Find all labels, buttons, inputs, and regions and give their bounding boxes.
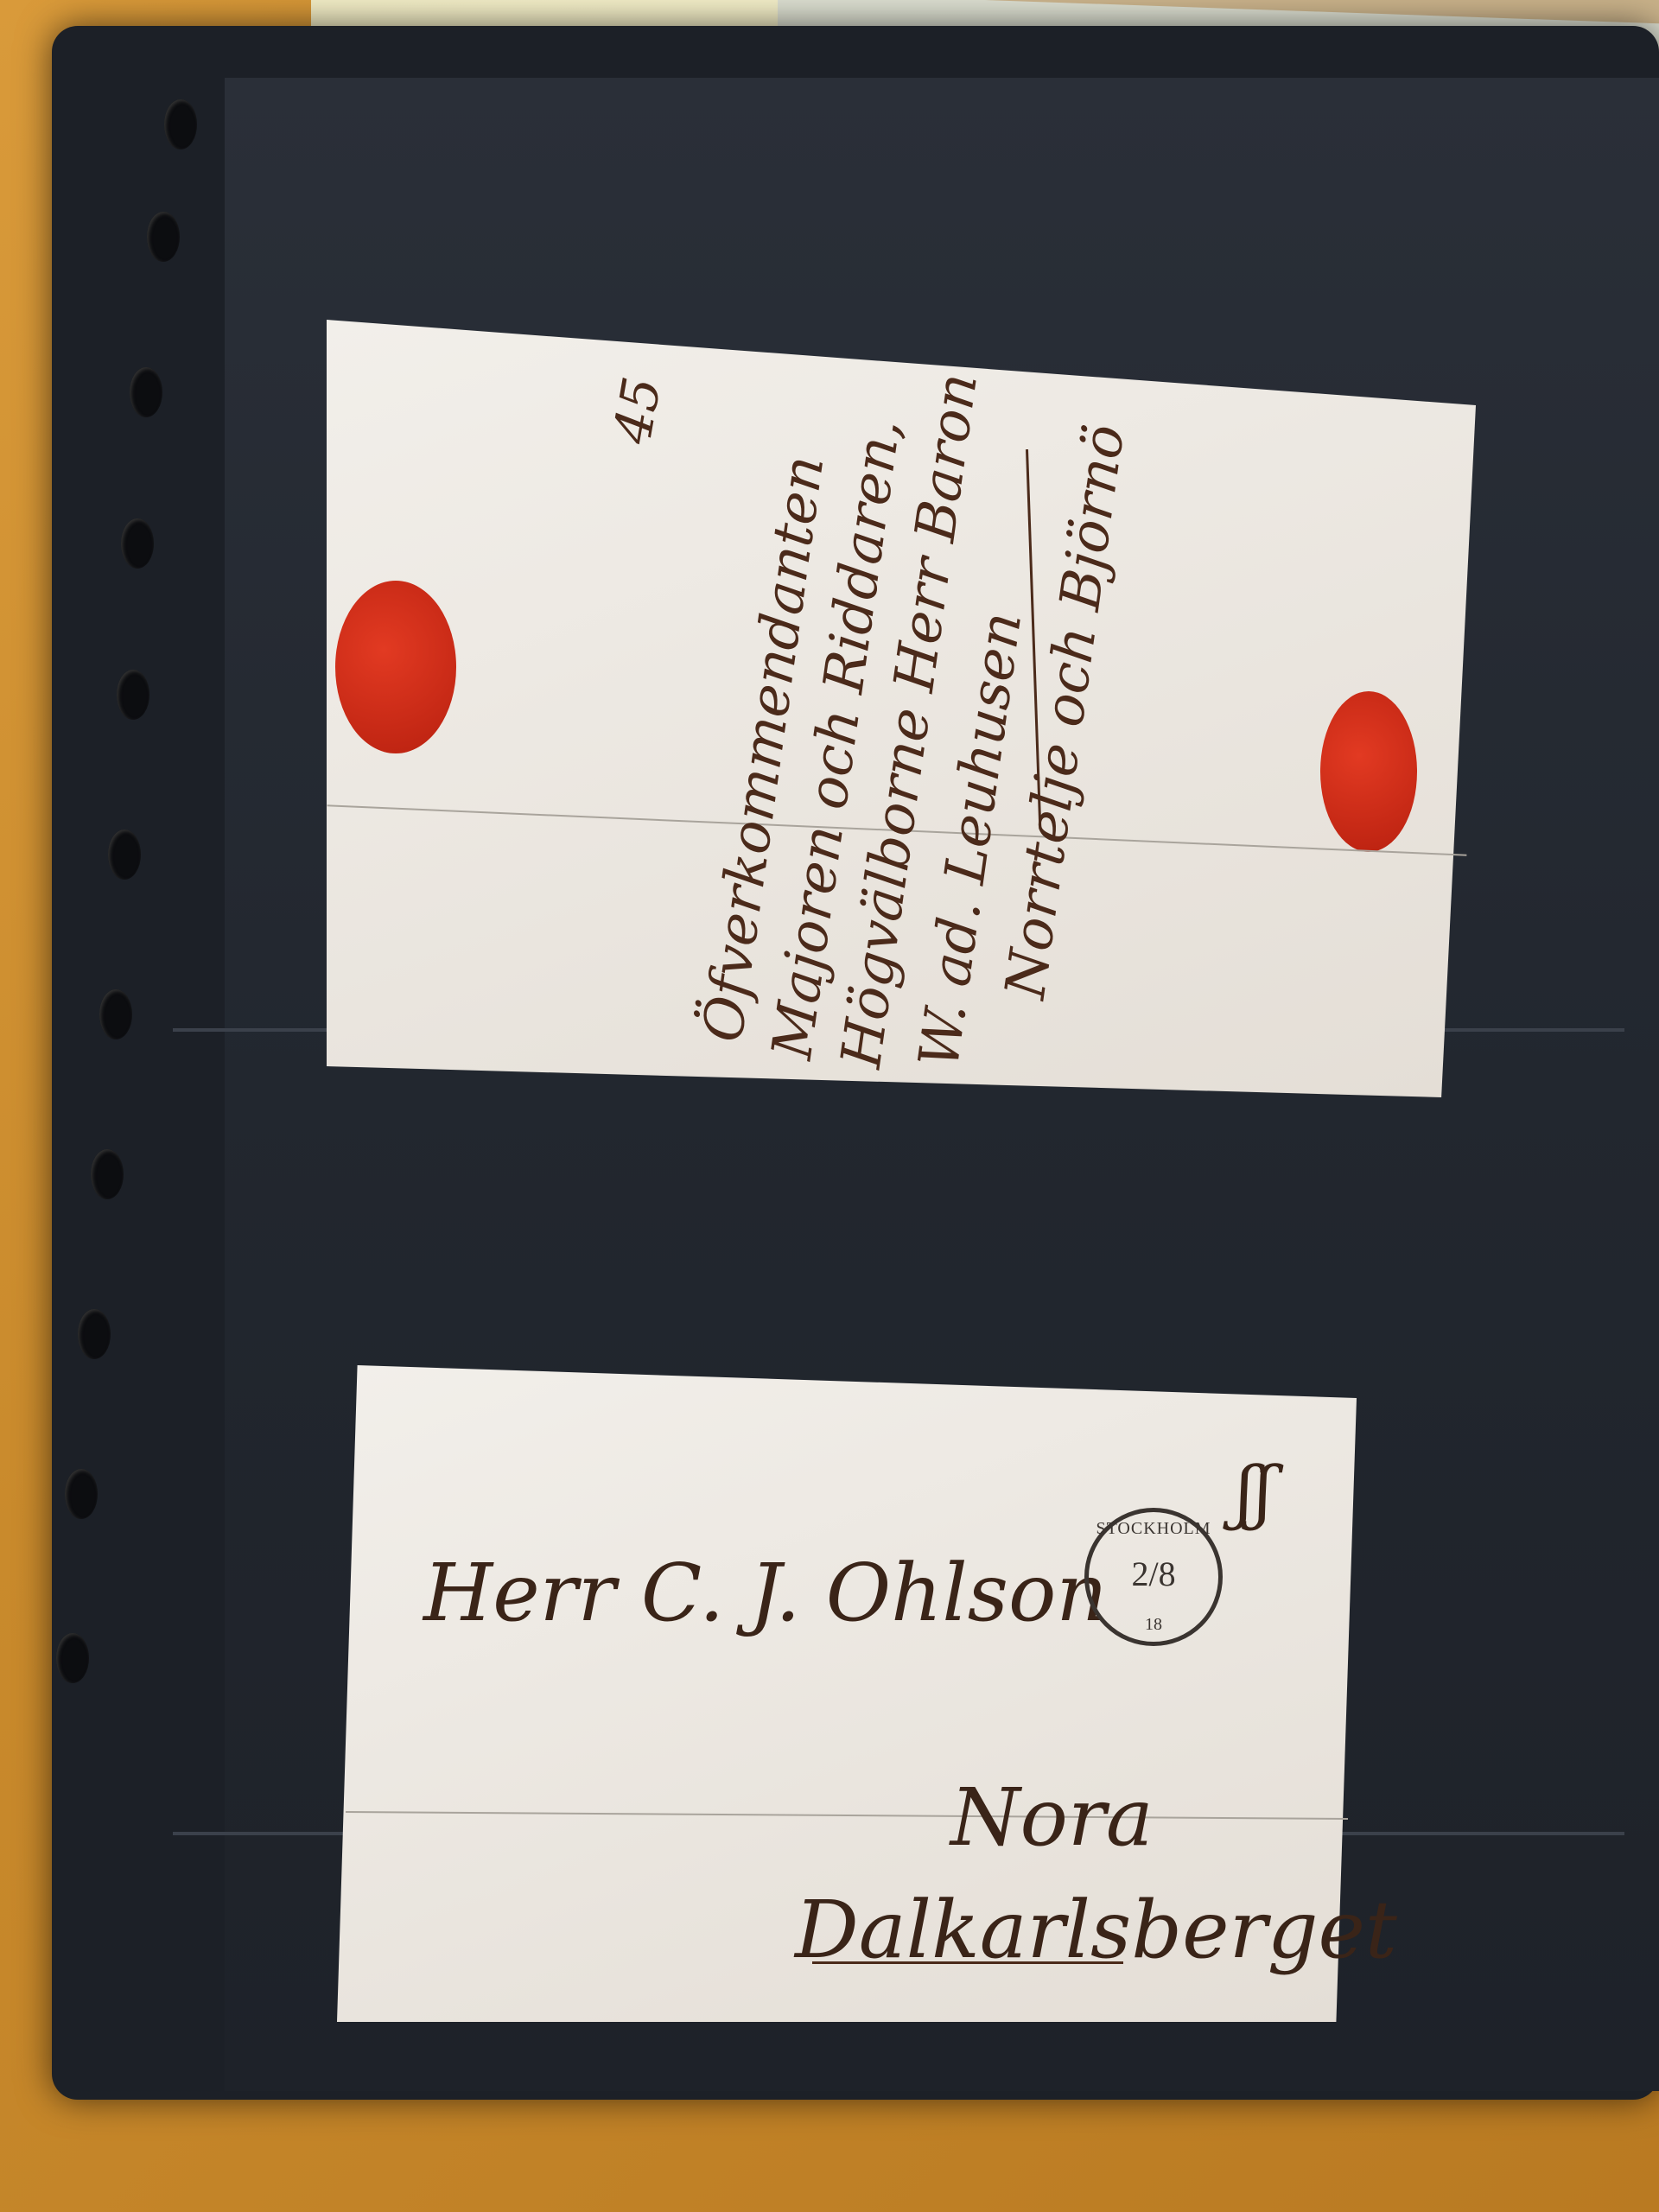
postmark-day-value: 2	[1131, 1554, 1148, 1593]
wax-seal-right	[1320, 691, 1417, 852]
binder-hole	[108, 829, 141, 880]
rate-mark: ʃʃ	[1236, 1452, 1273, 1532]
postmark-year: 18	[1089, 1615, 1218, 1635]
wax-seal-left	[335, 581, 456, 753]
postmark-town: STOCKHOLM	[1089, 1519, 1218, 1539]
underline	[812, 1961, 1123, 1964]
binder-hole	[91, 1149, 124, 1199]
rate-mark: 45	[602, 372, 673, 448]
postmark-month-value: 8	[1159, 1554, 1176, 1593]
address-line: Herr C. J. Ohlson	[423, 1547, 1108, 1639]
binder-hole	[117, 670, 149, 720]
binder-hole	[130, 367, 162, 417]
postmark-day: 2/8	[1089, 1554, 1218, 1594]
binder-hole	[99, 989, 132, 1039]
postmark: STOCKHOLM 2/8 18	[1084, 1508, 1223, 1646]
binder-hole	[78, 1309, 111, 1359]
binder-hole	[121, 518, 154, 569]
binder-hole	[56, 1633, 89, 1683]
binder-hole	[147, 212, 180, 262]
address-line: Nora	[950, 1771, 1154, 1864]
binder-hole	[164, 99, 197, 149]
binder-hole	[65, 1469, 98, 1519]
